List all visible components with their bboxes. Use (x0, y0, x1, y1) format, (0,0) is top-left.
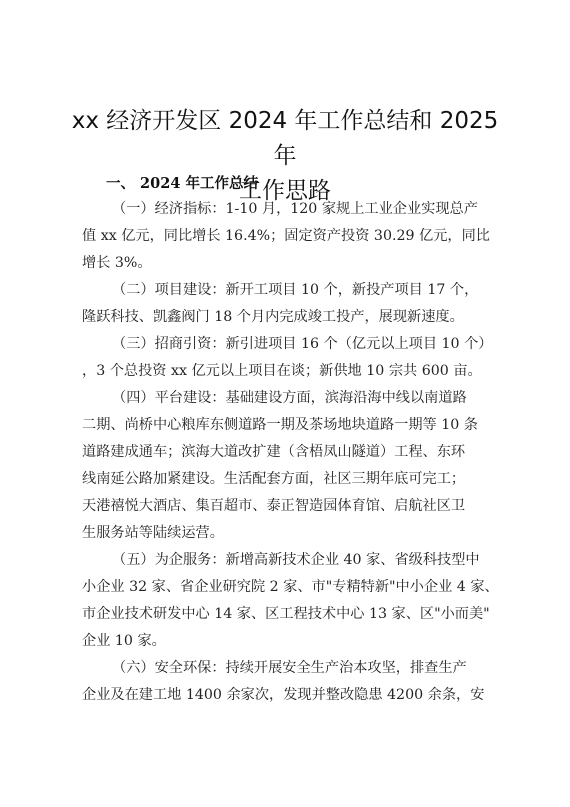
paragraph-line: （二）项目建设：新开工项目 10 个，新投产项目 17 个， (82, 277, 492, 304)
paragraph-line: （六）安全环保：持续开展安全生产治本攻坚，排查生产 (82, 655, 492, 682)
paragraph-line: （一）经济指标：1-10 月，120 家规上工业企业实现总产 (82, 196, 492, 223)
paragraph-project-construction: （二）项目建设：新开工项目 10 个，新投产项目 17 个， 隆跃科技、凯鑫阀门… (82, 277, 492, 331)
paragraph-line: 二期、尚桥中心粮库东侧道路一期及茶场地块道路一期等 10 条 (82, 412, 492, 439)
paragraph-enterprise-services: （五）为企服务：新增高新技术企业 40 家、省级科技型中 小企业 32 家、省企… (82, 547, 492, 655)
title-line-1: xx 经济开发区 2024 年工作总结和 2025 年 (60, 104, 510, 174)
paragraph-line: 生服务站等陆续运营。 (82, 520, 492, 547)
paragraph-line: ，3 个总投资 xx 亿元以上项目在谈；新供地 10 宗共 600 亩。 (82, 358, 492, 385)
paragraph-line: 企业 10 家。 (82, 628, 492, 655)
paragraph-line: （四）平台建设：基础建设方面，滨海沿海中线以南道路 (82, 385, 492, 412)
paragraph-line: 市企业技术研发中心 14 家、区工程技术中心 13 家、区"小而美" (82, 601, 492, 628)
paragraph-line: 线南延公路加紧建设。生活配套方面，社区三期年底可完工； (82, 466, 492, 493)
paragraph-line: 道路建成通车；滨海大道改扩建（含梧凤山隧道）工程、东环 (82, 439, 492, 466)
paragraph-line: 天港禧悦大酒店、集百超市、泰正智造园体育馆、启航社区卫 (82, 493, 492, 520)
paragraph-safety-environment: （六）安全环保：持续开展安全生产治本攻坚，排查生产 企业及在建工地 1400 余… (82, 655, 492, 709)
paragraph-line: 企业及在建工地 1400 余家次，发现并整改隐患 4200 余条，安 (82, 682, 492, 709)
document-page: xx 经济开发区 2024 年工作总结和 2025 年 工作思路 一、 2024… (0, 0, 570, 807)
paragraph-line: （五）为企服务：新增高新技术企业 40 家、省级科技型中 (82, 547, 492, 574)
paragraph-economic-indicators: （一）经济指标：1-10 月，120 家规上工业企业实现总产 值 xx 亿元，同… (82, 196, 492, 277)
paragraph-line: 增长 3%。 (82, 250, 492, 277)
paragraph-line: （三）招商引资：新引进项目 16 个（亿元以上项目 10 个） (82, 331, 492, 358)
paragraph-platform-construction: （四）平台建设：基础建设方面，滨海沿海中线以南道路 二期、尚桥中心粮库东侧道路一… (82, 385, 492, 547)
paragraph-investment-attraction: （三）招商引资：新引进项目 16 个（亿元以上项目 10 个） ，3 个总投资 … (82, 331, 492, 385)
paragraph-line: 隆跃科技、凯鑫阀门 18 个月内完成竣工投产，展现新速度。 (82, 304, 492, 331)
paragraph-line: 小企业 32 家、省企业研究院 2 家、市"专精特新"中小企业 4 家、 (82, 574, 492, 601)
paragraph-line: 值 xx 亿元，同比增长 16.4%；固定资产投资 30.29 亿元，同比 (82, 223, 492, 250)
section-heading-2024-summary: 一、 2024 年工作总结 (106, 173, 258, 195)
